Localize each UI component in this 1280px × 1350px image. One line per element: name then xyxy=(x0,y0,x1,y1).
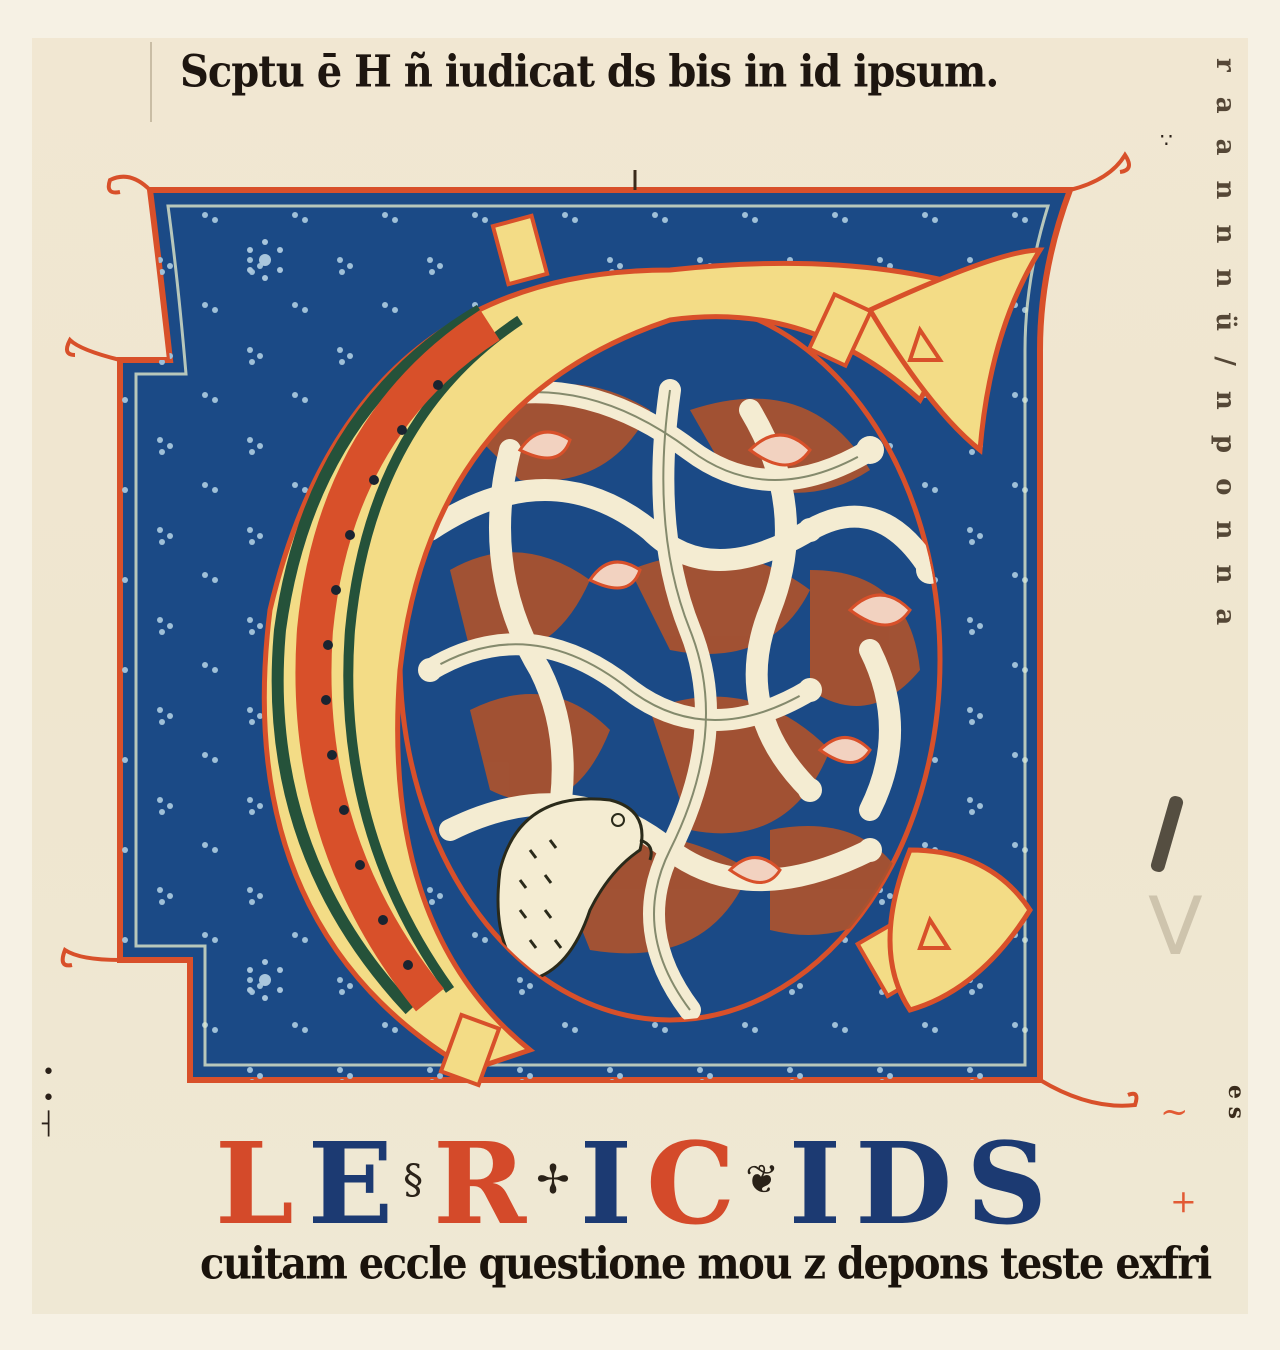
display-capital: S xyxy=(966,1135,1047,1235)
top-text-line: Scptu ē H ñ iudicat ds bis in id ipsum. xyxy=(180,46,1060,98)
margin-text-right: r a a n n n ü / n p o n n a xyxy=(1200,58,1240,858)
display-capitals: L E § R ✢ I C ❦ I D S xyxy=(215,1125,1047,1235)
pen-flourish: § xyxy=(403,1157,423,1203)
rubric-plus-mark: + xyxy=(1170,1182,1197,1220)
ruling-line xyxy=(150,42,152,122)
display-capital: I xyxy=(580,1135,632,1235)
display-capital: C xyxy=(646,1135,735,1235)
margin-dots: ∵ xyxy=(1160,128,1173,152)
display-capital: D xyxy=(855,1135,952,1235)
display-capital: R xyxy=(433,1135,526,1235)
faint-letter-mark: V xyxy=(1148,880,1203,973)
display-capital: I xyxy=(789,1135,841,1235)
display-capital: E xyxy=(308,1135,393,1235)
pen-flourish: ❦ xyxy=(745,1157,779,1203)
pen-flourish: ✢ xyxy=(536,1157,570,1203)
bottom-text-line: cuitam eccle questione mou z depons test… xyxy=(200,1238,1240,1290)
display-capital: L xyxy=(215,1135,294,1235)
rubric-mark: ~ xyxy=(1160,1092,1189,1132)
illuminated-initial-c xyxy=(50,150,1150,1130)
